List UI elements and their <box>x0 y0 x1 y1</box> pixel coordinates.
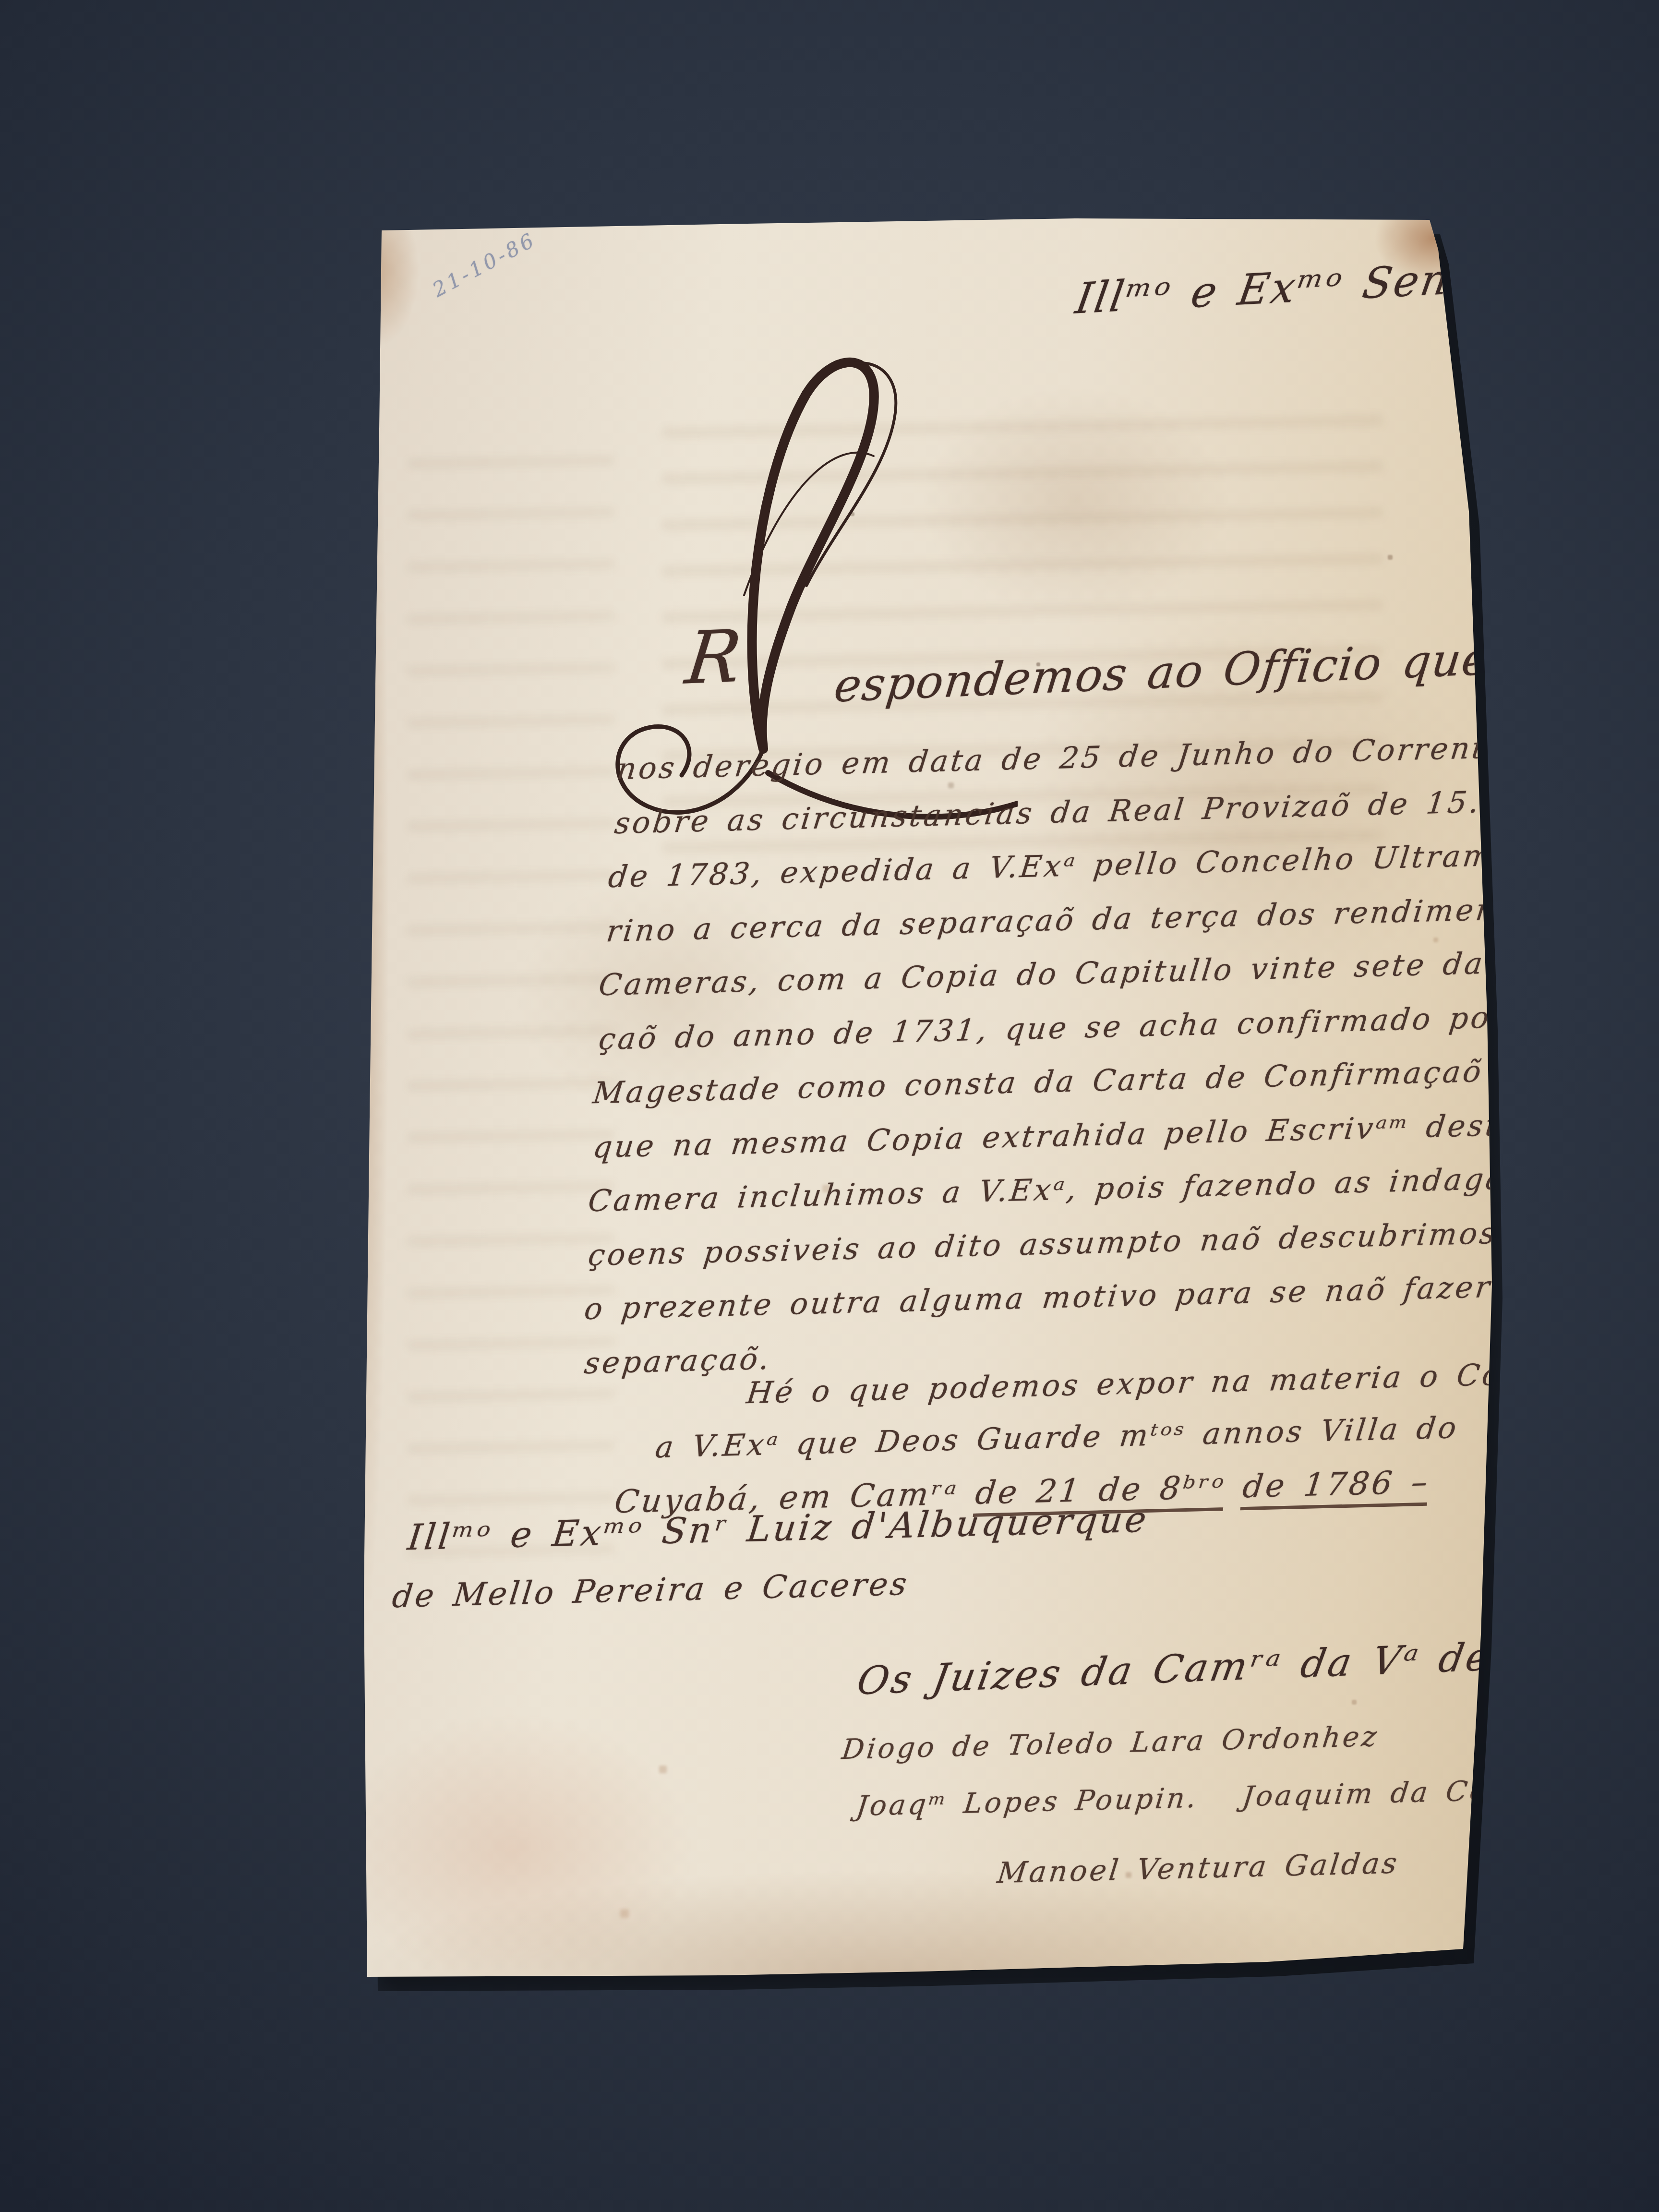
body-line-13: separaçaõ. <box>583 1341 774 1381</box>
signatories-title: Os Juizes da Camʳᵃ da Vᵃ de Cuyabá <box>854 1627 1659 1704</box>
drop-cap-letter: R <box>682 614 746 701</box>
closing-line-2: a V.Exᵃ que Deos Guarde mᵗᵒˢ annos Villa… <box>654 1410 1461 1465</box>
body-line-7: çaõ do anno de 1731, que se acha confirm… <box>597 998 1591 1057</box>
signature-pair: Joaqᵐ Lopes Poupin.Joaquim da Costa e Sy… <box>854 1769 1659 1822</box>
foxing-spots <box>355 204 356 205</box>
signature-gap <box>1197 1806 1241 1807</box>
body-line-9: que na mesma Copia extrahida pello Escri… <box>591 1107 1522 1165</box>
body-line-5: rino a cerca da separaçaõ da terça dos r… <box>605 889 1628 949</box>
signature-diogo: Diogo de Toledo Lara Ordonhez <box>840 1720 1381 1766</box>
body-line-12: o prezente outra alguma motivo para se n… <box>583 1266 1616 1327</box>
body-line-6: Cameras, com a Copia do Capitullo vinte … <box>597 942 1614 1002</box>
body-line-8: Magestade como consta da Carta de Confir… <box>591 1054 1486 1111</box>
signature-manoel: Manoel Ventura Galdas <box>996 1847 1401 1890</box>
closing-line-1: Hé o que podemos expor na materia o Corr… <box>745 1354 1614 1410</box>
pencil-archival-date: 21-10-86 <box>429 228 540 301</box>
dateline-year-underlined: de 1786 – <box>1240 1464 1432 1511</box>
manuscript-sheet: 21-10-86 Illᵐᵒ e Exᵐᵒ Senhor R espondemo… <box>355 204 1507 1990</box>
addressee-line-1: Illᵐᵒ e Exᵐᵒ Snʳ Luiz d'Albuquerque <box>406 1499 1151 1558</box>
salutation-line: Illᵐᵒ e Exᵐᵒ Senhor <box>1072 250 1533 324</box>
addressee-line-2: de Mello Pereira e Caceres <box>390 1565 911 1615</box>
signature-poupin: Joaqᵐ Lopes Poupin. <box>854 1781 1200 1823</box>
photo-background: 21-10-86 Illᵐᵒ e Exᵐᵒ Senhor R espondemo… <box>0 0 1659 2212</box>
signature-joaquim: Joaquim da Costa e Syqʳᵃ <box>1240 1769 1659 1813</box>
body-line-10: Camera incluhimos a V.Exᵃ, pois fazendo … <box>587 1161 1508 1218</box>
body-line-11: çoens possiveis ao dito assumpto naõ des… <box>587 1213 1592 1273</box>
photo-of-manuscript: { "photo": { "background_color": "#2c344… <box>0 0 1659 2212</box>
